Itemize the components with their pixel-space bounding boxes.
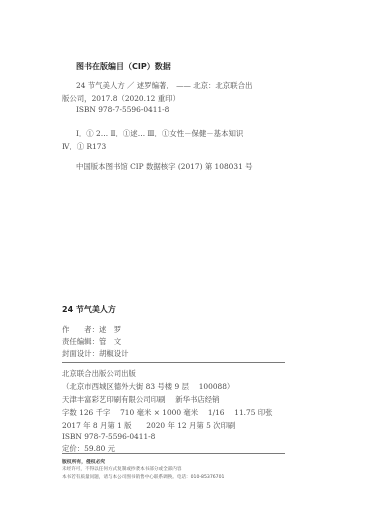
cip-classification-2: Ⅳ．① R173 — [62, 141, 106, 152]
author-line: 作 者：逑 罗 — [62, 324, 121, 335]
copyright-notice-2: 本书若有质量问题，请与本公司图书销售中心联系调换。电话：010-85376701 — [62, 474, 224, 480]
copyright-notice-1: 未经许可，不得以任何方式复制或抄袭本书部分或全部内容 — [62, 466, 181, 472]
cover-design-line: 封面设计：胡椒设计 — [62, 348, 129, 359]
cip-line-1: 24 节气美人方 ／ 逑罗编著． —— 北京：北京联合出 — [76, 80, 252, 91]
cip-isbn: ISBN 978-7-5596-0411-8 — [76, 105, 169, 114]
divider-top — [62, 362, 285, 363]
cip-line-2: 版公司，2017.8（2020.12 重印） — [62, 93, 180, 104]
printer-line: 天津丰富彩艺印刷有限公司印刷 新华书店经销 — [62, 394, 220, 405]
publication-isbn: ISBN 978-7-5596-0411-8 — [62, 432, 155, 441]
cip-classification-1: Ⅰ．① 2… Ⅱ．①逑… Ⅲ．①女性－保健－基本知识 — [76, 128, 243, 139]
copyright-heading: 版权所有，侵权必究 — [62, 458, 105, 465]
cip-record-number: 中国版本图书馆 CIP 数据核字 (2017) 第 108031 号 — [76, 161, 253, 172]
cip-heading: 图书在版编目（CIP）数据 — [76, 61, 171, 72]
book-title: 24 节气美人方 — [62, 304, 116, 315]
address-line: （北京市西城区德外大街 83 号楼 9 层 100088） — [62, 381, 234, 392]
divider-bottom — [62, 453, 285, 454]
specs-line: 字数 126 千字 710 毫米 × 1000 毫米 1/16 11.75 印张 — [62, 407, 273, 418]
edition-line: 2017 年 8 月第 1 版 2020 年 12 月第 5 次印刷 — [62, 420, 235, 431]
publisher-line: 北京联合出版公司出版 — [62, 368, 136, 379]
editor-line: 责任编辑：管 文 — [62, 336, 121, 347]
